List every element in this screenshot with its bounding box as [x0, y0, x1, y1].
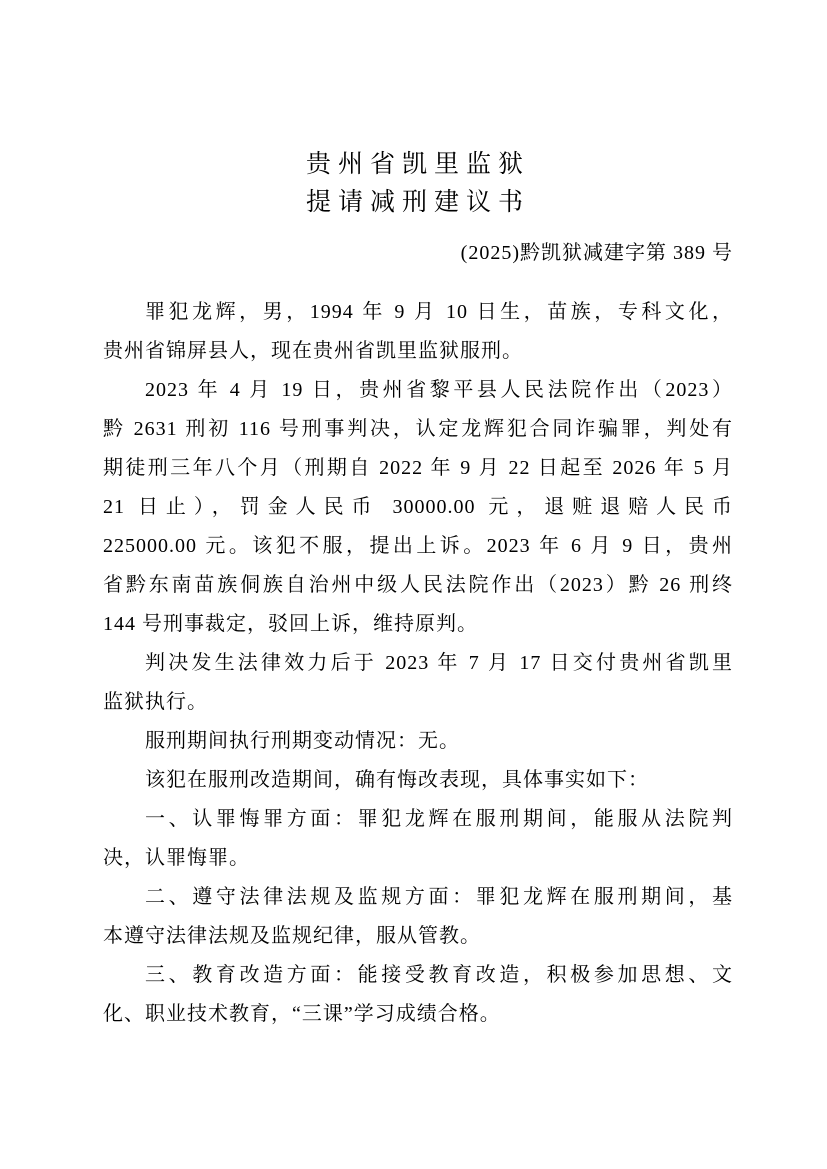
document-line: 黔 2631 刑初 116 号刑事判决，认定龙辉犯合同诈骗罪，判处有: [103, 410, 733, 449]
document-line: 144 号刑事裁定，驳回上诉，维持原判。: [103, 605, 733, 644]
document-line: 2023 年 4 月 19 日，贵州省黎平县人民法院作出（2023）: [103, 371, 733, 410]
document-line: 21 日止），罚金人民币 30000.00 元，退赃退赔人民币: [103, 488, 733, 527]
document-line: 省黔东南苗族侗族自治州中级人民法院作出（2023）黔 26 刑终: [103, 566, 733, 605]
document-line: 225000.00 元。该犯不服，提出上诉。2023 年 6 月 9 日，贵州: [103, 527, 733, 566]
document-line: 判决发生法律效力后于 2023 年 7 月 17 日交付贵州省凯里: [103, 644, 733, 683]
document-line: 三、教育改造方面：能接受教育改造，积极参加思想、文: [103, 956, 733, 995]
document-line: 该犯在服刑改造期间，确有悔改表现，具体事实如下：: [103, 761, 733, 800]
document-title-block: 贵州省凯里监狱 提请减刑建议书: [103, 146, 733, 222]
paragraph: 一、认罪悔罪方面：罪犯龙辉在服刑期间，能服从法院判决，认罪悔罪。: [103, 800, 733, 878]
document-line: 罪犯龙辉，男，1994 年 9 月 10 日生，苗族，专科文化，: [103, 293, 733, 332]
document-page: 贵州省凯里监狱 提请减刑建议书 (2025)黔凯狱减建字第 389 号 罪犯龙辉…: [0, 0, 827, 1169]
paragraph: 判决发生法律效力后于 2023 年 7 月 17 日交付贵州省凯里监狱执行。: [103, 644, 733, 722]
document-line: 监狱执行。: [103, 683, 733, 722]
document-line: 本遵守法律法规及监规纪律，服从管教。: [103, 917, 733, 956]
document-line: 一、认罪悔罪方面：罪犯龙辉在服刑期间，能服从法院判: [103, 800, 733, 839]
document-title-line2: 提请减刑建议书: [103, 184, 733, 222]
document-line: 二、遵守法律法规及监规方面：罪犯龙辉在服刑期间，基: [103, 878, 733, 917]
paragraph: 该犯在服刑改造期间，确有悔改表现，具体事实如下：: [103, 761, 733, 800]
paragraph: 二、遵守法律法规及监规方面：罪犯龙辉在服刑期间，基本遵守法律法规及监规纪律，服从…: [103, 878, 733, 956]
paragraph: 三、教育改造方面：能接受教育改造，积极参加思想、文化、职业技术教育，“三课”学习…: [103, 956, 733, 1034]
document-content: 贵州省凯里监狱 提请减刑建议书 (2025)黔凯狱减建字第 389 号 罪犯龙辉…: [103, 0, 733, 1034]
document-line: 决，认罪悔罪。: [103, 839, 733, 878]
paragraph: 服刑期间执行刑期变动情况：无。: [103, 722, 733, 761]
document-line: 贵州省锦屏县人，现在贵州省凯里监狱服刑。: [103, 332, 733, 371]
paragraph: 2023 年 4 月 19 日，贵州省黎平县人民法院作出（2023）黔 2631…: [103, 371, 733, 644]
paragraph: 罪犯龙辉，男，1994 年 9 月 10 日生，苗族，专科文化，贵州省锦屏县人，…: [103, 293, 733, 371]
document-line: 服刑期间执行刑期变动情况：无。: [103, 722, 733, 761]
document-title-line1: 贵州省凯里监狱: [103, 146, 733, 184]
document-number: (2025)黔凯狱减建字第 389 号: [103, 238, 733, 268]
document-line: 期徒刑三年八个月（刑期自 2022 年 9 月 22 日起至 2026 年 5 …: [103, 449, 733, 488]
document-body: 罪犯龙辉，男，1994 年 9 月 10 日生，苗族，专科文化，贵州省锦屏县人，…: [103, 293, 733, 1034]
document-line: 化、职业技术教育，“三课”学习成绩合格。: [103, 995, 733, 1034]
